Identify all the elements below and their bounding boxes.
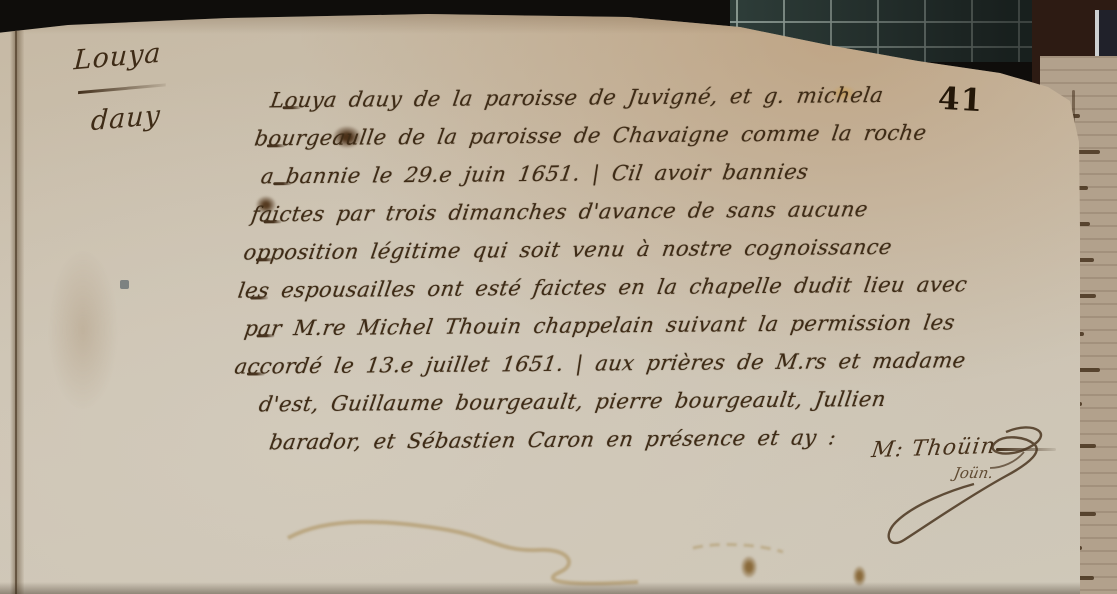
- line-filler-stroke: [273, 182, 291, 185]
- signature-flourish: [856, 418, 1076, 558]
- manuscript-line-text: les espousailles ont esté faictes en la …: [236, 272, 969, 302]
- page-bottom-shadow: [0, 582, 1080, 594]
- line-filler-stroke: [264, 220, 282, 223]
- manuscript-text: Louya dauy de la paroisse de Juvigné, et…: [232, 74, 1069, 461]
- ink-bleedthrough: [238, 512, 818, 592]
- manuscript-line-text: par M.re Michel Thouin chappelain suivan…: [243, 310, 957, 340]
- line-filler-stroke: [250, 296, 268, 299]
- manuscript-line-text: Louya dauy de la paroisse de Juvigné, et…: [269, 83, 885, 112]
- manuscript-line-text: a bannie le 29.e juin 1651. | Cil avoir …: [259, 160, 810, 189]
- manuscript-line-text: d'est, Guillaume bourgeault, pierre bour…: [257, 387, 887, 417]
- line-filler-stroke: [267, 144, 285, 147]
- manuscript-page: Louya dauy 41 Louya dauy de la paroisse …: [0, 0, 1080, 594]
- book-gutter-crease: [15, 30, 17, 594]
- paper-speck: [120, 280, 129, 289]
- manuscript-line-text: accordé le 13.e juillet 1651. | aux priè…: [233, 348, 967, 378]
- line-filler-stroke: [256, 258, 274, 261]
- manuscript-line-text: bourgeaulle de la paroisse de Chavaigne …: [253, 121, 928, 151]
- manuscript-line-text: faictes par trois dimanches d'avance de …: [250, 197, 870, 226]
- manuscript-line-text: barador, et Sébastien Caron en présence …: [268, 425, 838, 454]
- photo-frame: Louya dauy 41 Louya dauy de la paroisse …: [0, 0, 1117, 594]
- line-filler-stroke: [283, 106, 301, 109]
- book-gutter: [10, 26, 24, 594]
- margin-note: Louya dauy: [70, 31, 247, 138]
- line-filler-stroke: [247, 372, 265, 375]
- paper-smudge: [48, 250, 118, 410]
- manuscript-line-text: opposition légitime qui soit venu à nost…: [242, 235, 894, 265]
- line-filler-stroke: [257, 334, 275, 337]
